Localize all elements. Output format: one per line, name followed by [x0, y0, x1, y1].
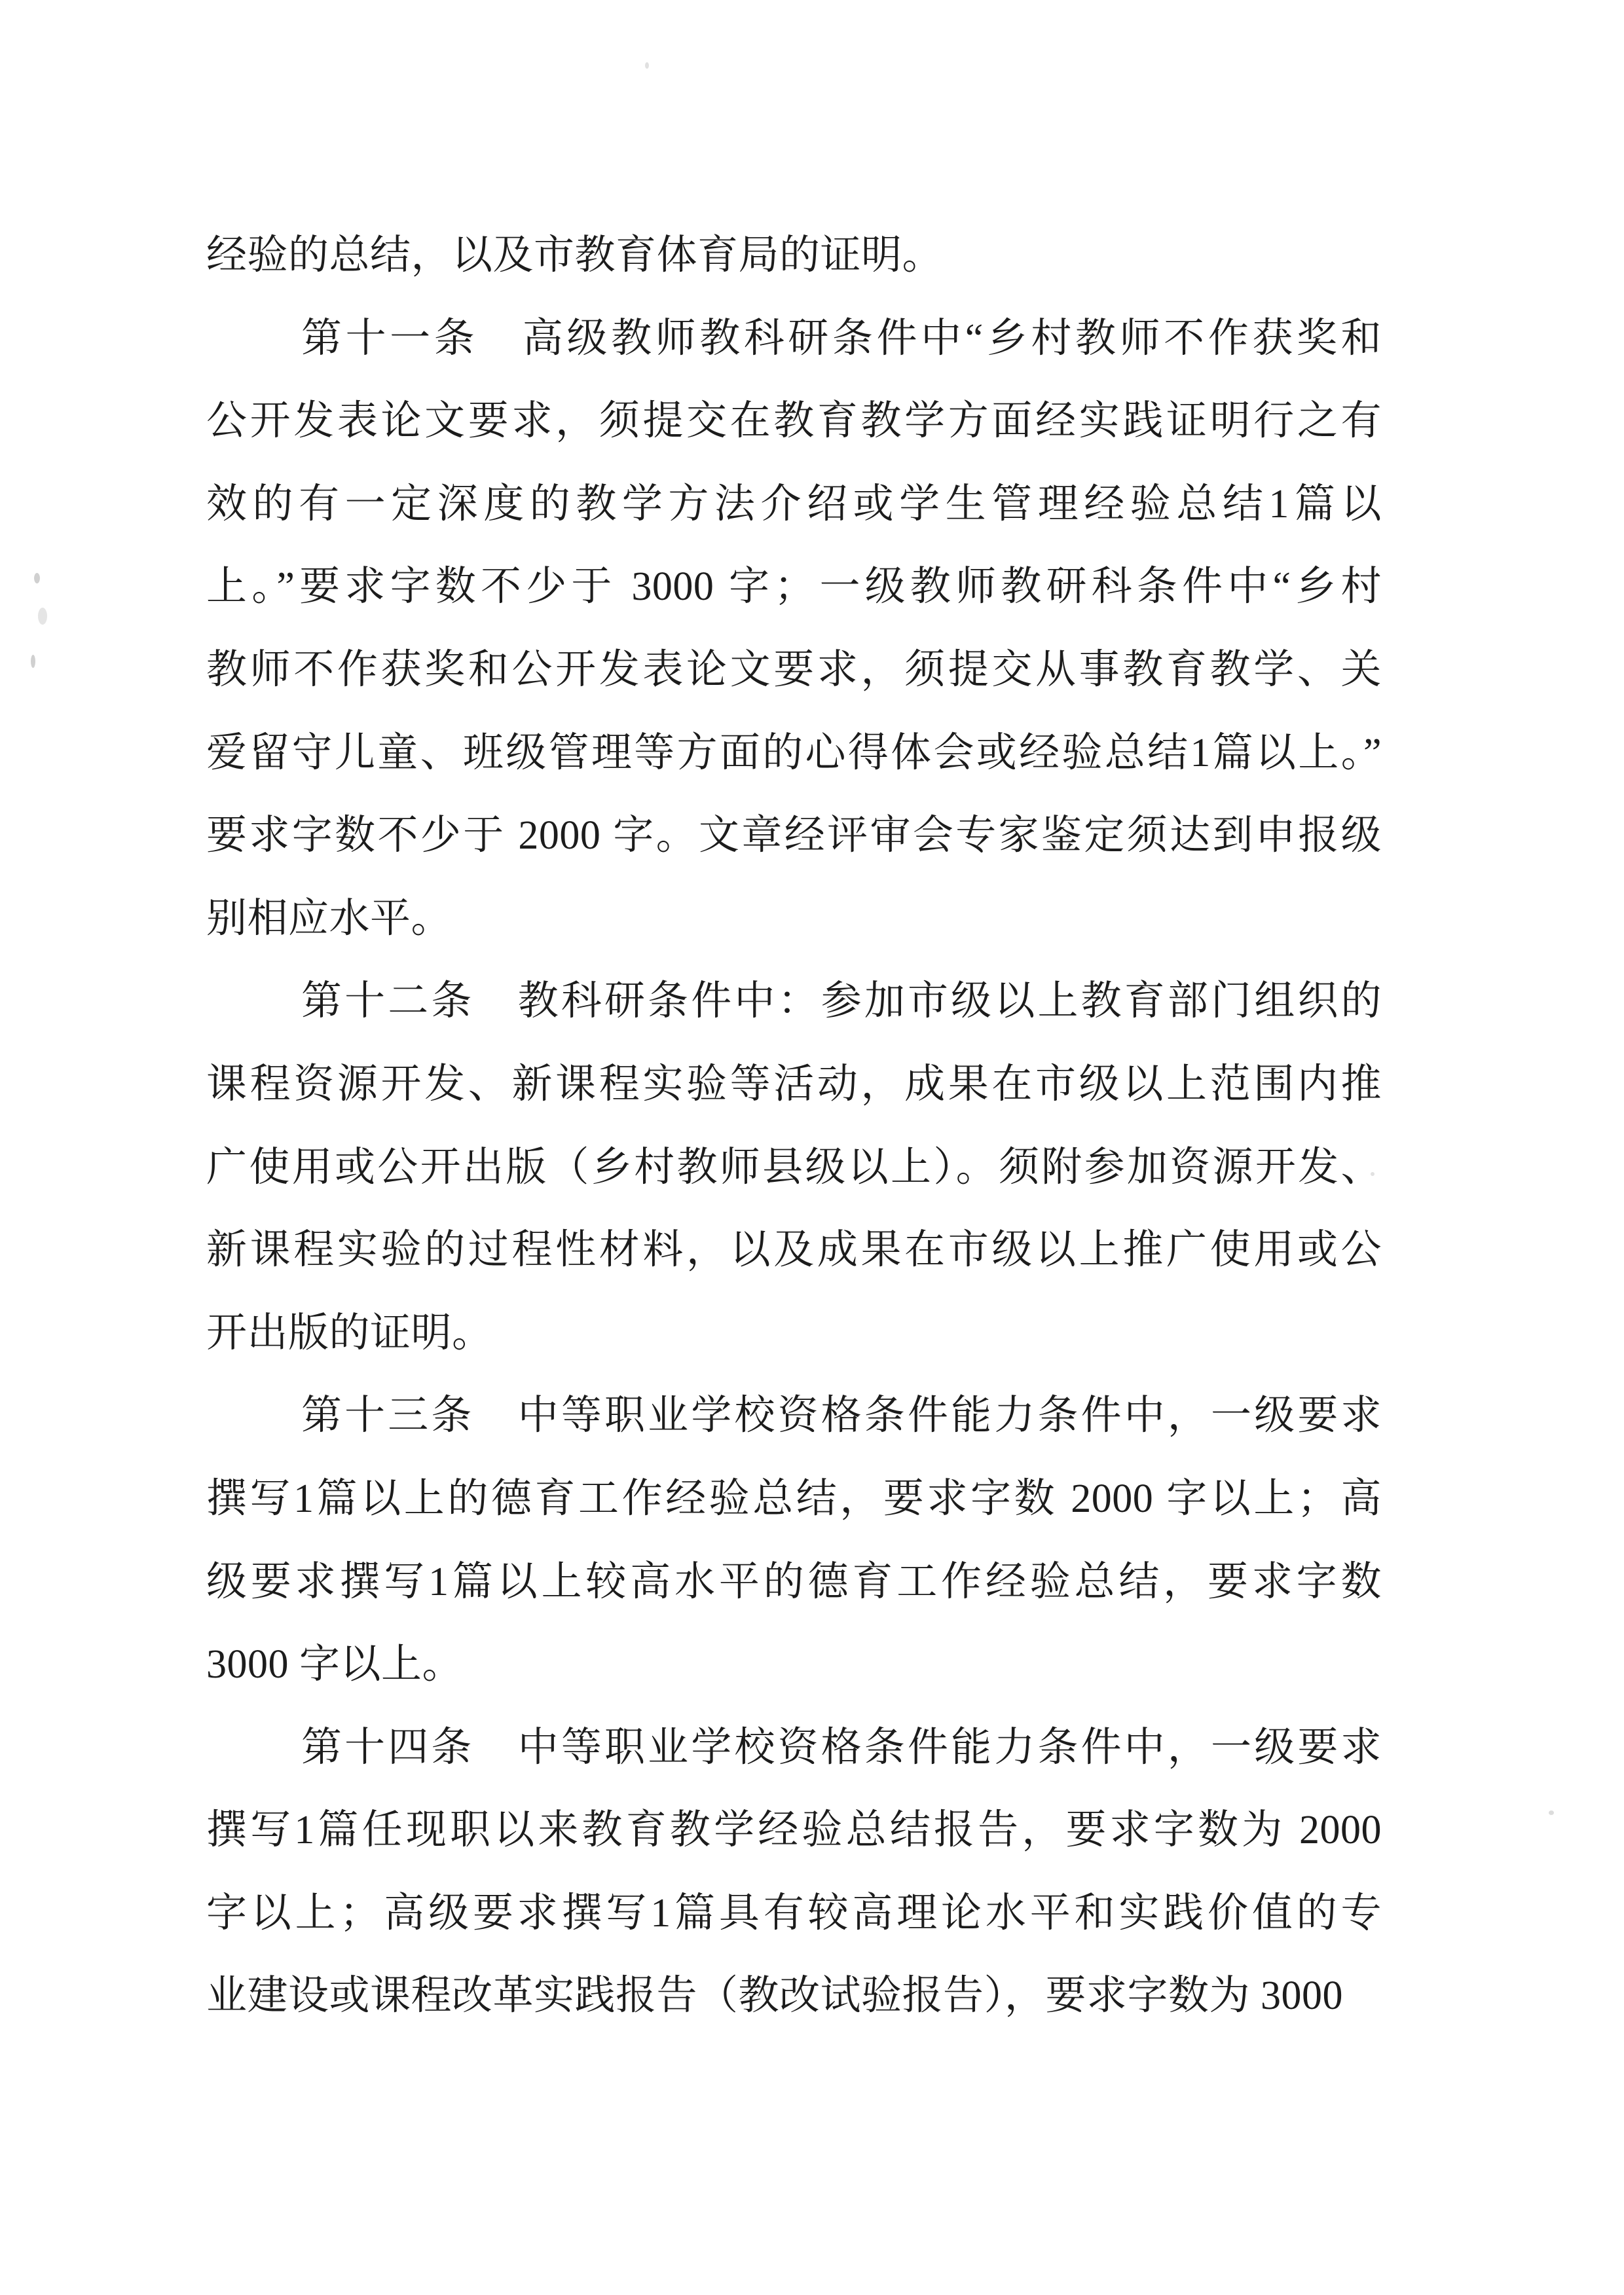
document-text: 经验的总结，以及市教育体育局的证明。第十一条 高级教师教科研条件中“乡村教师不作…: [206, 214, 1382, 2038]
text-line: 撰写1篇以上的德育工作经验总结，要求字数 2000 字以上；高: [206, 1458, 1382, 1541]
text-line: 3000 字以上。: [206, 1623, 1382, 1706]
text-line: 新课程实验的过程性材料，以及成果在市级以上推广使用或公: [206, 1209, 1382, 1292]
text-line: 上。”要求字数不少于 3000 字；一级教师教研科条件中“乡村: [206, 545, 1382, 629]
scan-speck: [38, 608, 47, 625]
text-line: 字以上；高级要求撰写1篇具有较高理论水平和实践价值的专: [206, 1872, 1382, 1955]
text-line: 教师不作获奖和公开发表论文要求，须提交从事教育教学、关: [206, 629, 1382, 712]
text-line: 课程资源开发、新课程实验等活动，成果在市级以上范围内推: [206, 1043, 1382, 1126]
text-line: 业建设或课程改革实践报告（教改试验报告），要求字数为 3000: [206, 1955, 1382, 2038]
text-line: 第十三条 中等职业学校资格条件能力条件中，一级要求: [206, 1374, 1382, 1458]
text-line: 效的有一定深度的教学方法介绍或学生管理经验总结1篇以: [206, 463, 1382, 546]
text-line: 要求字数不少于 2000 字。文章经评审会专家鉴定须达到申报级: [206, 794, 1382, 877]
text-line: 第十一条 高级教师教科研条件中“乡村教师不作获奖和: [206, 297, 1382, 380]
text-line: 级要求撰写1篇以上较高水平的德育工作经验总结，要求字数: [206, 1541, 1382, 1624]
text-line: 别相应水平。: [206, 877, 1382, 961]
text-line: 广使用或公开出版（乡村教师县级以上）。须附参加资源开发、: [206, 1126, 1382, 1209]
text-line: 撰写1篇任现职以来教育教学经验总结报告，要求字数为 2000: [206, 1789, 1382, 1872]
scan-speck: [1549, 1810, 1554, 1815]
text-line: 经验的总结，以及市教育体育局的证明。: [206, 214, 1382, 297]
scan-speck: [645, 62, 649, 69]
text-line: 第十二条 教科研条件中：参加市级以上教育部门组织的: [206, 960, 1382, 1043]
text-line: 公开发表论文要求，须提交在教育教学方面经实践证明行之有: [206, 380, 1382, 463]
text-line: 爱留守儿童、班级管理等方面的心得体会或经验总结1篇以上。”: [206, 712, 1382, 795]
scan-speck: [34, 573, 40, 583]
text-line: 第十四条 中等职业学校资格条件能力条件中，一级要求: [206, 1706, 1382, 1790]
document-page: 经验的总结，以及市教育体育局的证明。第十一条 高级教师教科研条件中“乡村教师不作…: [0, 0, 1624, 2295]
scan-speck: [31, 655, 35, 668]
text-line: 开出版的证明。: [206, 1292, 1382, 1375]
